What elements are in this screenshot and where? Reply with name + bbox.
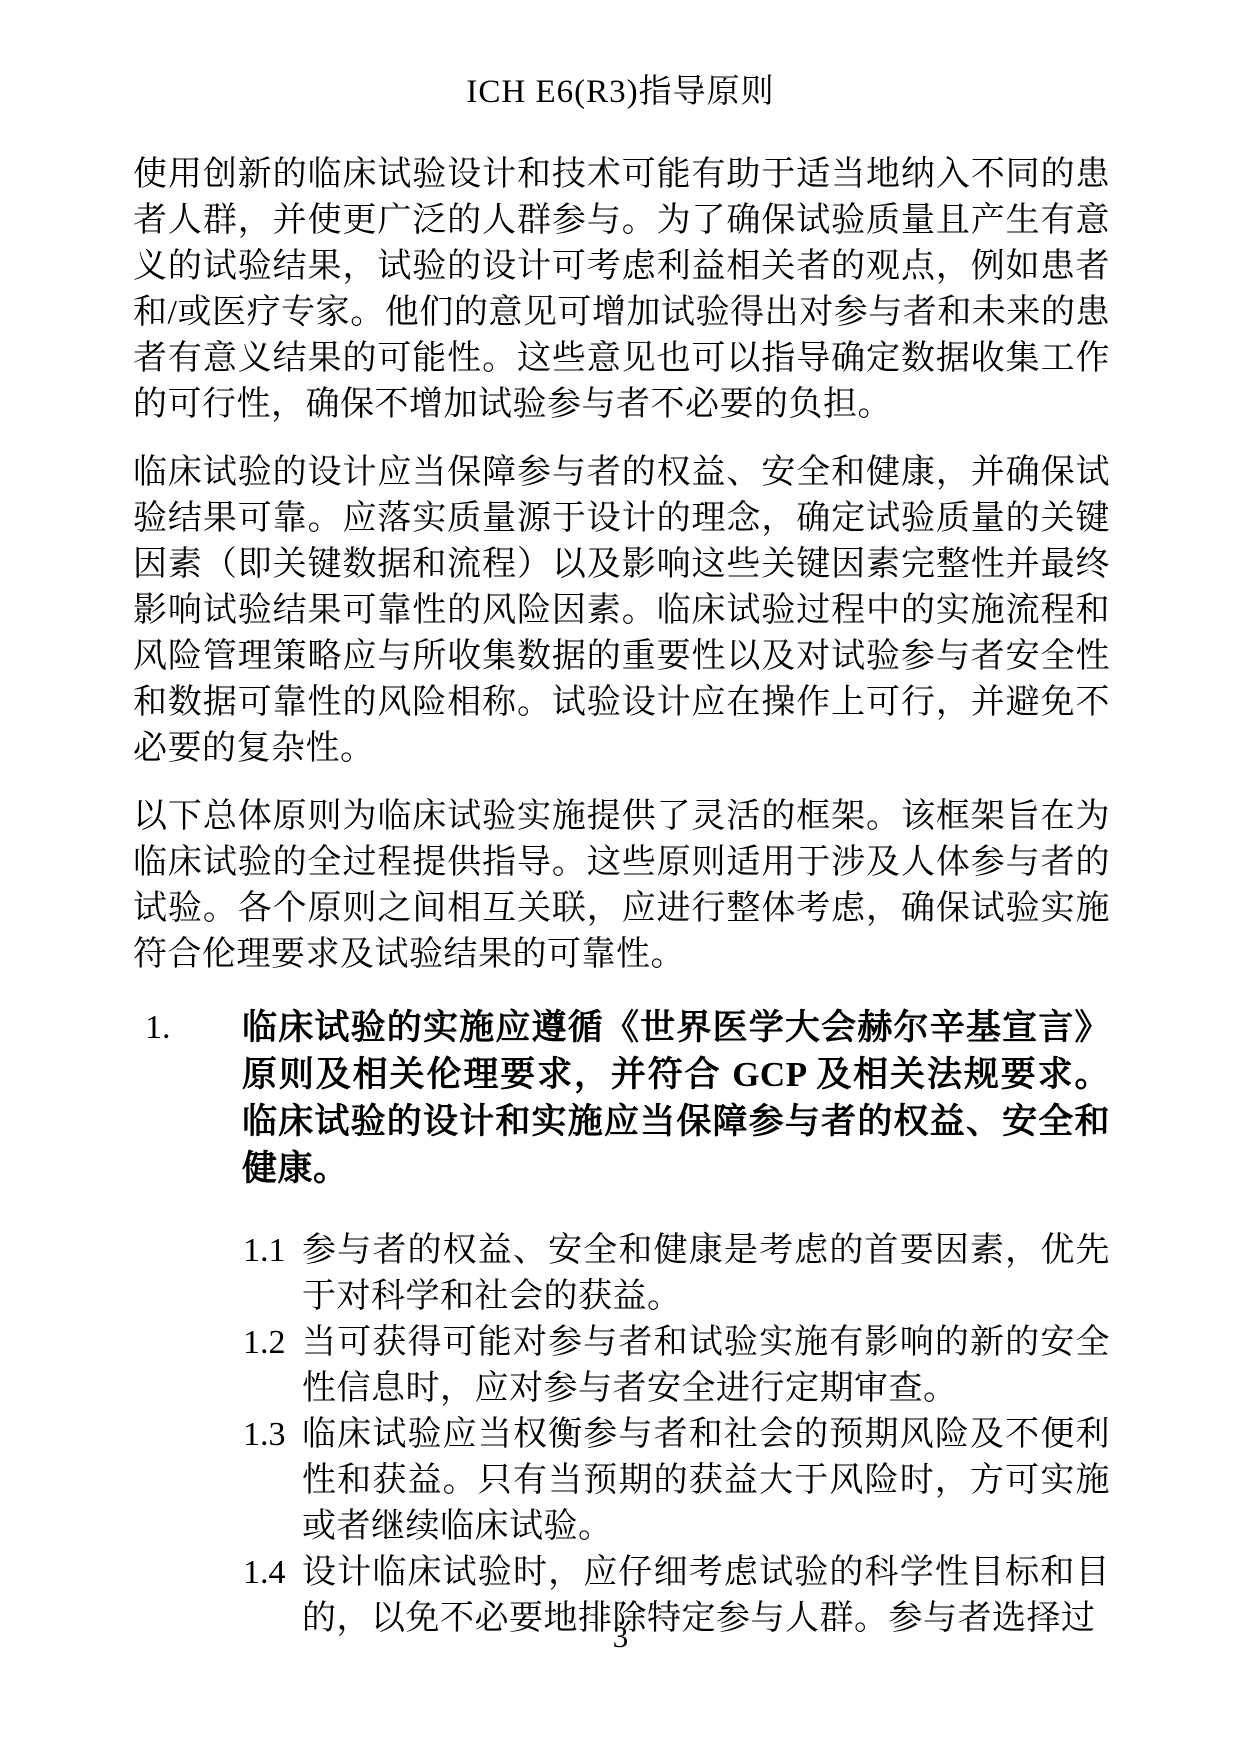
paragraph-innovative-design: 使用创新的临床试验设计和技术可能有助于适当地纳入不同的患者人群，并使更广泛的人群…: [133, 152, 1110, 428]
sub-item-1-1-text: 参与者的权益、安全和健康是考虑的首要因素，优先于对科学和社会的获益。: [302, 1228, 1110, 1320]
document-page: ICH E6(R3)指导原则 使用创新的临床试验设计和技术可能有助于适当地纳入不…: [0, 0, 1241, 1755]
principle-1-subitems: 1.1 参与者的权益、安全和健康是考虑的首要因素，优先于对科学和社会的获益。 1…: [243, 1228, 1110, 1642]
document-title: ICH E6(R3)指导原则: [0, 0, 1241, 114]
document-body: 使用创新的临床试验设计和技术可能有助于适当地纳入不同的患者人群，并使更广泛的人群…: [133, 152, 1110, 1642]
sub-item-1-2-number: 1.2: [243, 1320, 302, 1412]
sub-item-1-3-text: 临床试验应当权衡参与者和社会的预期风险及不便利性和获益。只有当预期的获益大于风险…: [302, 1412, 1110, 1550]
sub-item-1-1-number: 1.1: [243, 1228, 302, 1320]
paragraph-quality-by-design: 临床试验的设计应当保障参与者的权益、安全和健康，并确保试验结果可靠。应落实质量源…: [133, 450, 1110, 772]
principle-1-number: 1.: [145, 1004, 242, 1192]
principle-1-text: 临床试验的实施应遵循《世界医学大会赫尔辛基宣言》原则及相关伦理要求，并符合 GC…: [242, 1004, 1110, 1192]
sub-item-1-2: 1.2 当可获得可能对参与者和试验实施有影响的新的安全性信息时，应对参与者安全进…: [243, 1320, 1110, 1412]
principle-1: 1. 临床试验的实施应遵循《世界医学大会赫尔辛基宣言》原则及相关伦理要求，并符合…: [145, 1004, 1110, 1192]
sub-item-1-3-number: 1.3: [243, 1412, 302, 1550]
paragraph-overall-principles: 以下总体原则为临床试验实施提供了灵活的框架。该框架旨在为临床试验的全过程提供指导…: [133, 794, 1110, 978]
page-number: 3: [0, 1618, 1241, 1656]
sub-item-1-1: 1.1 参与者的权益、安全和健康是考虑的首要因素，优先于对科学和社会的获益。: [243, 1228, 1110, 1320]
sub-item-1-3: 1.3 临床试验应当权衡参与者和社会的预期风险及不便利性和获益。只有当预期的获益…: [243, 1412, 1110, 1550]
sub-item-1-2-text: 当可获得可能对参与者和试验实施有影响的新的安全性信息时，应对参与者安全进行定期审…: [302, 1320, 1110, 1412]
